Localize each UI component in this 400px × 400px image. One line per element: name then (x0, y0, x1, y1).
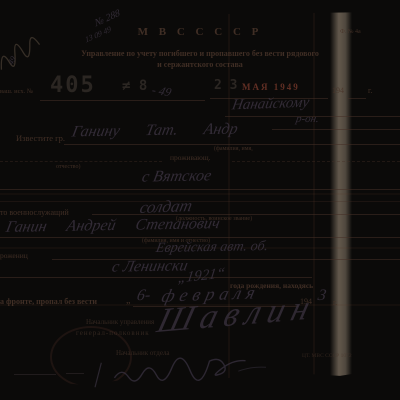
pen-dash (66, 373, 84, 374)
soldier-region: Еврейская авт. об. (154, 239, 269, 257)
printed-year: 194 (332, 86, 344, 95)
notify-label: Известите гр. (16, 133, 65, 143)
department-line-1: Управление по учету погибшего и пропавше… (0, 49, 400, 58)
stamped-number-suffix: ≠ 8 (122, 78, 147, 94)
department-line-2: и сержантского состава (0, 60, 400, 69)
front-missing-label: а фронте, пропал без вести (0, 297, 97, 306)
pen-dash (14, 374, 56, 375)
chief-title-1: Начальник управления (86, 318, 154, 326)
paper-sheet (0, 11, 400, 400)
residing-label: проживающ. (170, 153, 211, 162)
addressee-district-2: р-он. (295, 113, 320, 125)
missing-year-g: г. (333, 298, 337, 307)
name-hint-2: отчество) (56, 164, 80, 170)
vertical-crease (313, 11, 315, 400)
quote-mark: „ (126, 295, 130, 306)
addressee-name: Ганину Тат. Андр (70, 121, 239, 142)
outgoing-number-label: ваш. исх. № (0, 88, 33, 95)
chief-rank-1: генерал-полковник (76, 329, 150, 337)
name-hint-1: (фамилия, имя, (214, 146, 253, 152)
horizontal-crease (0, 193, 400, 195)
document-photo: № 288 13 09 49 49 М В С С С С Р Ф. № 4а … (0, 0, 400, 400)
born-label: рожениц (0, 251, 28, 260)
addressee-district: Нанайскому (231, 95, 311, 115)
month-stamp: МАЯ 1949 (242, 82, 300, 92)
printed-year-g: г. (368, 86, 372, 95)
addressee-village: с Вятское (140, 167, 213, 186)
print-code: ЦТ. МВС СССР 1072 (302, 353, 352, 359)
form-number: Ф. № 4а (340, 29, 361, 35)
soldier-full-name: Ганин Андрей Степанович (4, 215, 221, 237)
stamped-number: 405 (50, 73, 96, 98)
serviceman-label: то военнослужащий (0, 208, 69, 217)
soldier-village: с Ленински (110, 257, 189, 276)
vertical-crease (228, 11, 230, 400)
stamped-day: 2 3 (214, 78, 237, 93)
tape-strip (330, 11, 352, 400)
